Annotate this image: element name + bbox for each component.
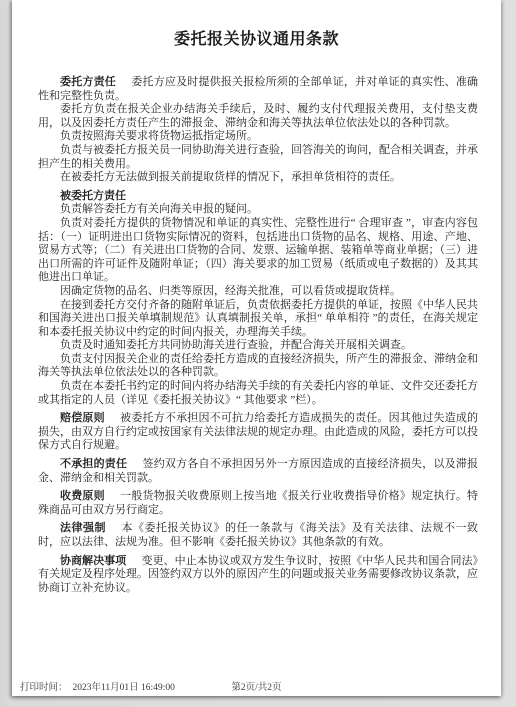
paragraph: 法律强制本《委托报关协议》的任一条款与《海关法》及有关法律、法规不一致时，应以法… <box>38 522 478 549</box>
paragraph: 负责对委托方提供的货物情况和单证的真实性、完整性进行“ 合理审查 ”，审查内容包… <box>38 217 478 285</box>
paragraph: 委托方负责在报关企业办结海关手续后，及时、履约支付代理报关费用，支付垫支费用，以… <box>38 103 478 130</box>
section-heading: 协商解决事项 <box>60 555 142 567</box>
paragraph: 负责及时通知委托方共同协助海关进行查验，并配合海关开展相关调查。 <box>38 339 478 353</box>
document-body: 委托方责任委托方应及时提供报关报检所须的全部单证，并对单证的真实性、准确性和完整… <box>38 76 478 595</box>
section-3: 不承担的责任签约双方各自不承担因另外一方原因造成的直接经济损失，以及滞报金、滞纳… <box>38 458 478 485</box>
section-heading: 委托方责任 <box>60 76 131 88</box>
paragraph: 在接到委托方交付齐备的随附单证后，负责依据委托方提供的单证，按照《中华人民共和国… <box>38 299 478 340</box>
section-heading: 收费原则 <box>60 490 120 502</box>
paragraph: 负责支付因报关企业的责任给委托方造成的直接经济损失，所产生的滞报金、滞纳金和海关… <box>38 353 478 380</box>
section-heading: 被委托方责任 <box>60 190 141 202</box>
paragraph: 因确定货物的品名、归类等原因，经海关批准，可以看货或提取货样。 <box>38 285 478 299</box>
paragraph: 负责按照海关要求将货物运抵指定场所。 <box>38 130 478 144</box>
section-heading: 法律强制 <box>60 522 121 534</box>
page-number-indicator: 第2页/共2页 <box>20 679 493 693</box>
paragraph: 负责与被委托方报关员一同协助海关进行查验，回答海关的询问，配合相关调查，并承担产… <box>38 144 478 171</box>
paragraph: 负责在本委托书约定的时间内将办结海关手续的有关委托内容的单证、文件交还委托方或其… <box>38 380 478 407</box>
paragraph: 不承担的责任签约双方各自不承担因另外一方原因造成的直接经济损失，以及滞报金、滞纳… <box>38 458 478 485</box>
section-heading: 不承担的责任 <box>60 458 143 470</box>
page-footer: 打印时间：2023年11月01日 16:49:00 第2页/共2页 <box>20 679 493 691</box>
section-5: 法律强制本《委托报关协议》的任一条款与《海关法》及有关法律、法规不一致时，应以法… <box>38 522 478 549</box>
paragraph: 委托方责任委托方应及时提供报关报检所须的全部单证，并对单证的真实性、准确性和完整… <box>38 76 478 103</box>
paragraph: 负责解答委托方有关向海关申报的疑问。 <box>38 203 478 217</box>
section-6: 协商解决事项变更、中止本协议或双方发生争议时，按照《中华人民共和国合同法》有关规… <box>38 555 478 596</box>
document-page: 委托报关协议通用条款 委托方责任委托方应及时提供报关报检所须的全部单证，并对单证… <box>12 0 501 696</box>
section-heading-line: 被委托方责任 <box>38 190 478 204</box>
section-1: 被委托方责任负责解答委托方有关向海关申报的疑问。负责对委托方提供的货物情况和单证… <box>38 190 478 408</box>
paragraph: 赔偿原则被委托方不承担因不可抗力给委托方造成损失的责任。因其他过失造成的损失，由… <box>38 412 478 453</box>
section-0: 委托方责任委托方应及时提供报关报检所须的全部单证，并对单证的真实性、准确性和完整… <box>38 76 478 185</box>
section-2: 赔偿原则被委托方不承担因不可抗力给委托方造成损失的责任。因其他过失造成的损失，由… <box>38 412 478 453</box>
paragraph: 收费原则一般货物报关收费原则上按当地《报关行业收费指导价格》规定执行。特殊商品可… <box>38 490 478 517</box>
section-4: 收费原则一般货物报关收费原则上按当地《报关行业收费指导价格》规定执行。特殊商品可… <box>38 490 478 517</box>
paragraph: 协商解决事项变更、中止本协议或双方发生争议时，按照《中华人民共和国合同法》有关规… <box>38 555 478 596</box>
section-heading: 赔偿原则 <box>60 412 120 424</box>
print-preview-canvas: 委托报关协议通用条款 委托方责任委托方应及时提供报关报检所须的全部单证，并对单证… <box>0 0 516 707</box>
document-title: 委托报关协议通用条款 <box>12 30 501 50</box>
paragraph: 在被委托方无法做到报关前提取货样的情况下，承担单货相符的责任。 <box>38 171 478 185</box>
